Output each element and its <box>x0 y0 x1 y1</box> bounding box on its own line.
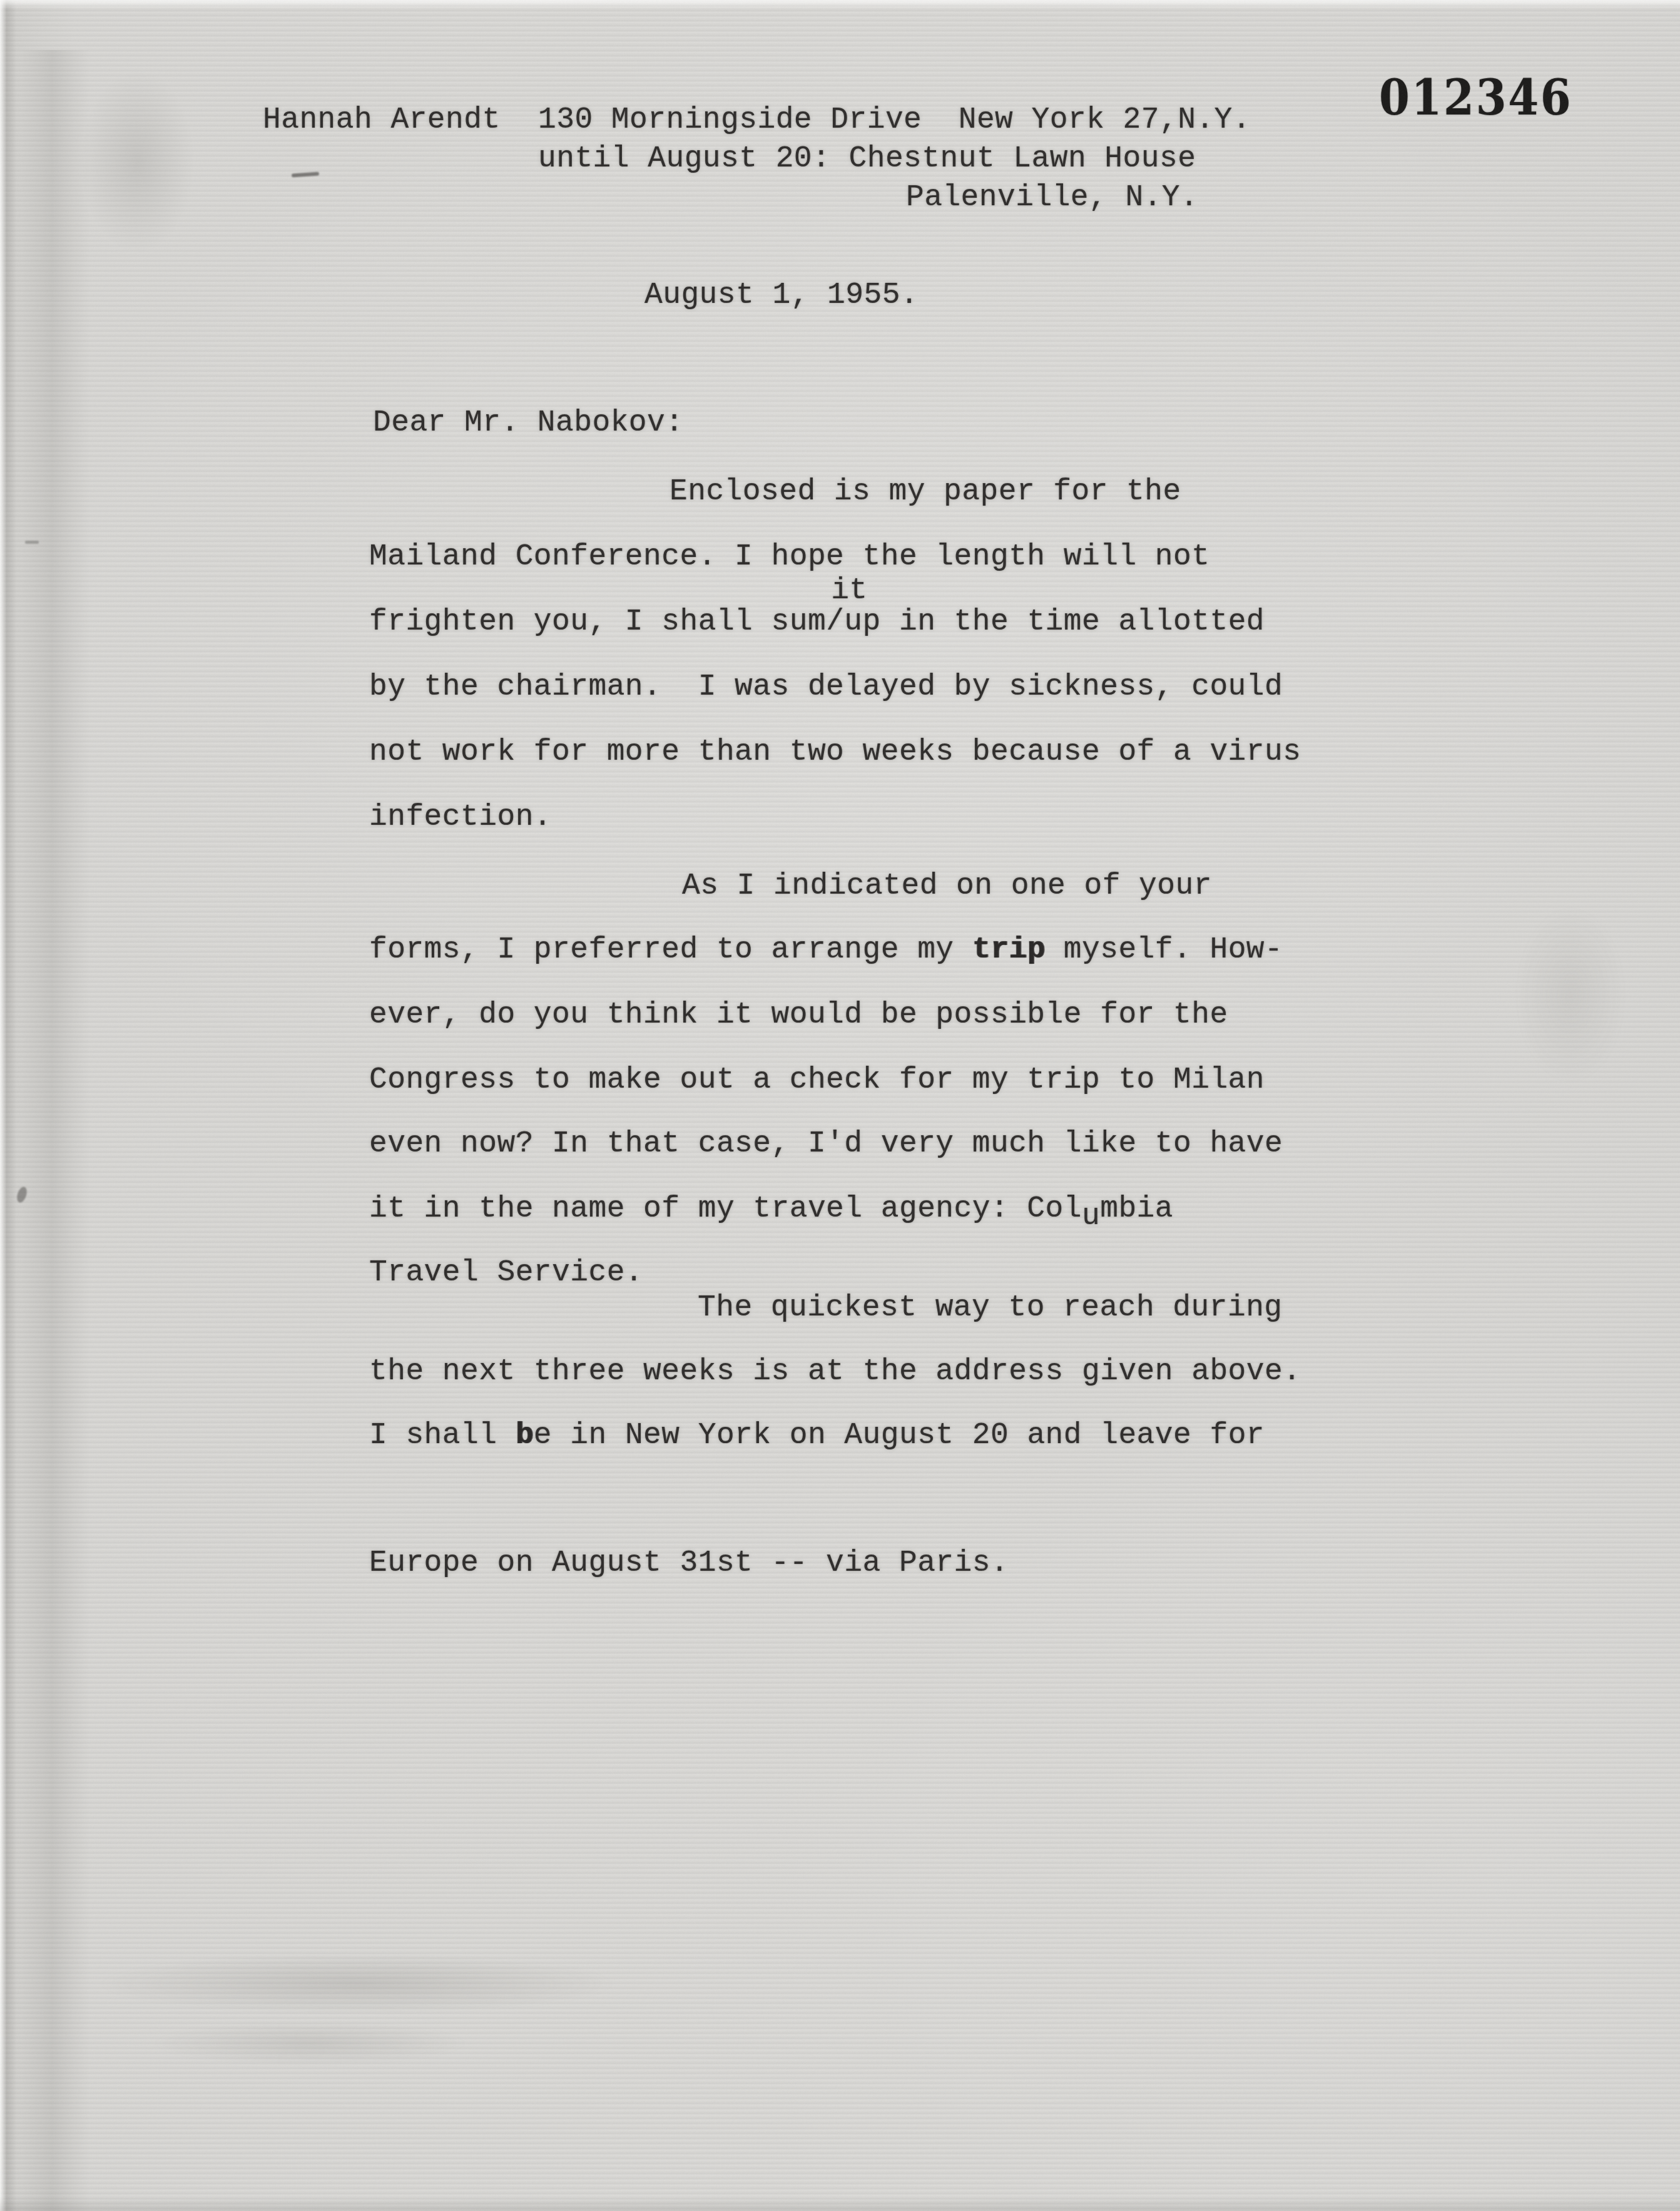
line-text: mbia <box>1100 1192 1173 1226</box>
line-text: e in New York on August 20 and leave for <box>534 1419 1265 1453</box>
letter-scan-page: 012346 Hannah Arendt 130 Morningside Dri… <box>0 0 1680 2211</box>
typed-letter: Hannah Arendt 130 Morningside Drive New … <box>0 0 1680 2211</box>
line-text: frighten you, I shall sum <box>369 605 826 639</box>
letter-line: even now? In that case, I'd very much li… <box>369 1126 1283 1162</box>
letter-line: Enclosed is my paper for the <box>669 474 1181 509</box>
line-text: forms, I preferred to arrange my <box>369 933 972 967</box>
sender-address-line1: 130 Morningside Drive New York 27,N.Y. <box>538 103 1251 138</box>
letter-line: frighten you, I shall sumit/up in the ti… <box>369 605 1265 640</box>
letter-line: it in the name of my travel agency: Colu… <box>369 1192 1173 1227</box>
caret-slash: / <box>826 605 844 639</box>
letter-line: The quickest way to reach during <box>698 1290 1283 1325</box>
letter-line: ever, do you think it would be possible … <box>369 998 1228 1033</box>
sender-address-line2: until August 20: Chestnut Lawn House <box>538 141 1196 176</box>
overstruck-letter: b <box>516 1419 534 1453</box>
line-text: I shall <box>369 1419 516 1453</box>
letter-line: Travel Service. <box>369 1255 643 1290</box>
inserted-word: it <box>831 573 867 608</box>
letter-line: not work for more than two weeks because… <box>369 735 1301 770</box>
letter-line: Europe on August 31st -- via Paris. <box>369 1546 1009 1581</box>
letter-line: Mailand Conference. I hope the length wi… <box>369 539 1209 574</box>
letter-line: As I indicated on one of your <box>682 869 1212 904</box>
sender-address-line3: Palenville, N.Y. <box>906 180 1198 215</box>
letter-line: by the chairman. I was delayed by sickne… <box>369 670 1283 705</box>
line-text: myself. How- <box>1046 933 1283 967</box>
overstruck-word: trip <box>972 933 1046 967</box>
letter-line: the next three weeks is at the address g… <box>369 1354 1301 1389</box>
salutation: Dear Mr. Nabokov: <box>373 406 683 441</box>
dropped-letter: u <box>1082 1200 1100 1233</box>
letter-line: infection. <box>369 800 552 835</box>
letter-line: forms, I preferred to arrange my trip my… <box>369 932 1283 968</box>
line-text: up in the time allotted <box>844 605 1265 639</box>
line-text: it in the name of my travel agency: Col <box>369 1192 1082 1226</box>
letter-line: I shall be in New York on August 20 and … <box>369 1418 1265 1453</box>
letter-date: August 1, 1955. <box>644 278 919 313</box>
sender-name: Hannah Arendt <box>263 103 501 138</box>
letter-line: Congress to make out a check for my trip… <box>369 1063 1265 1098</box>
caret-insertion: it/ <box>826 605 844 640</box>
